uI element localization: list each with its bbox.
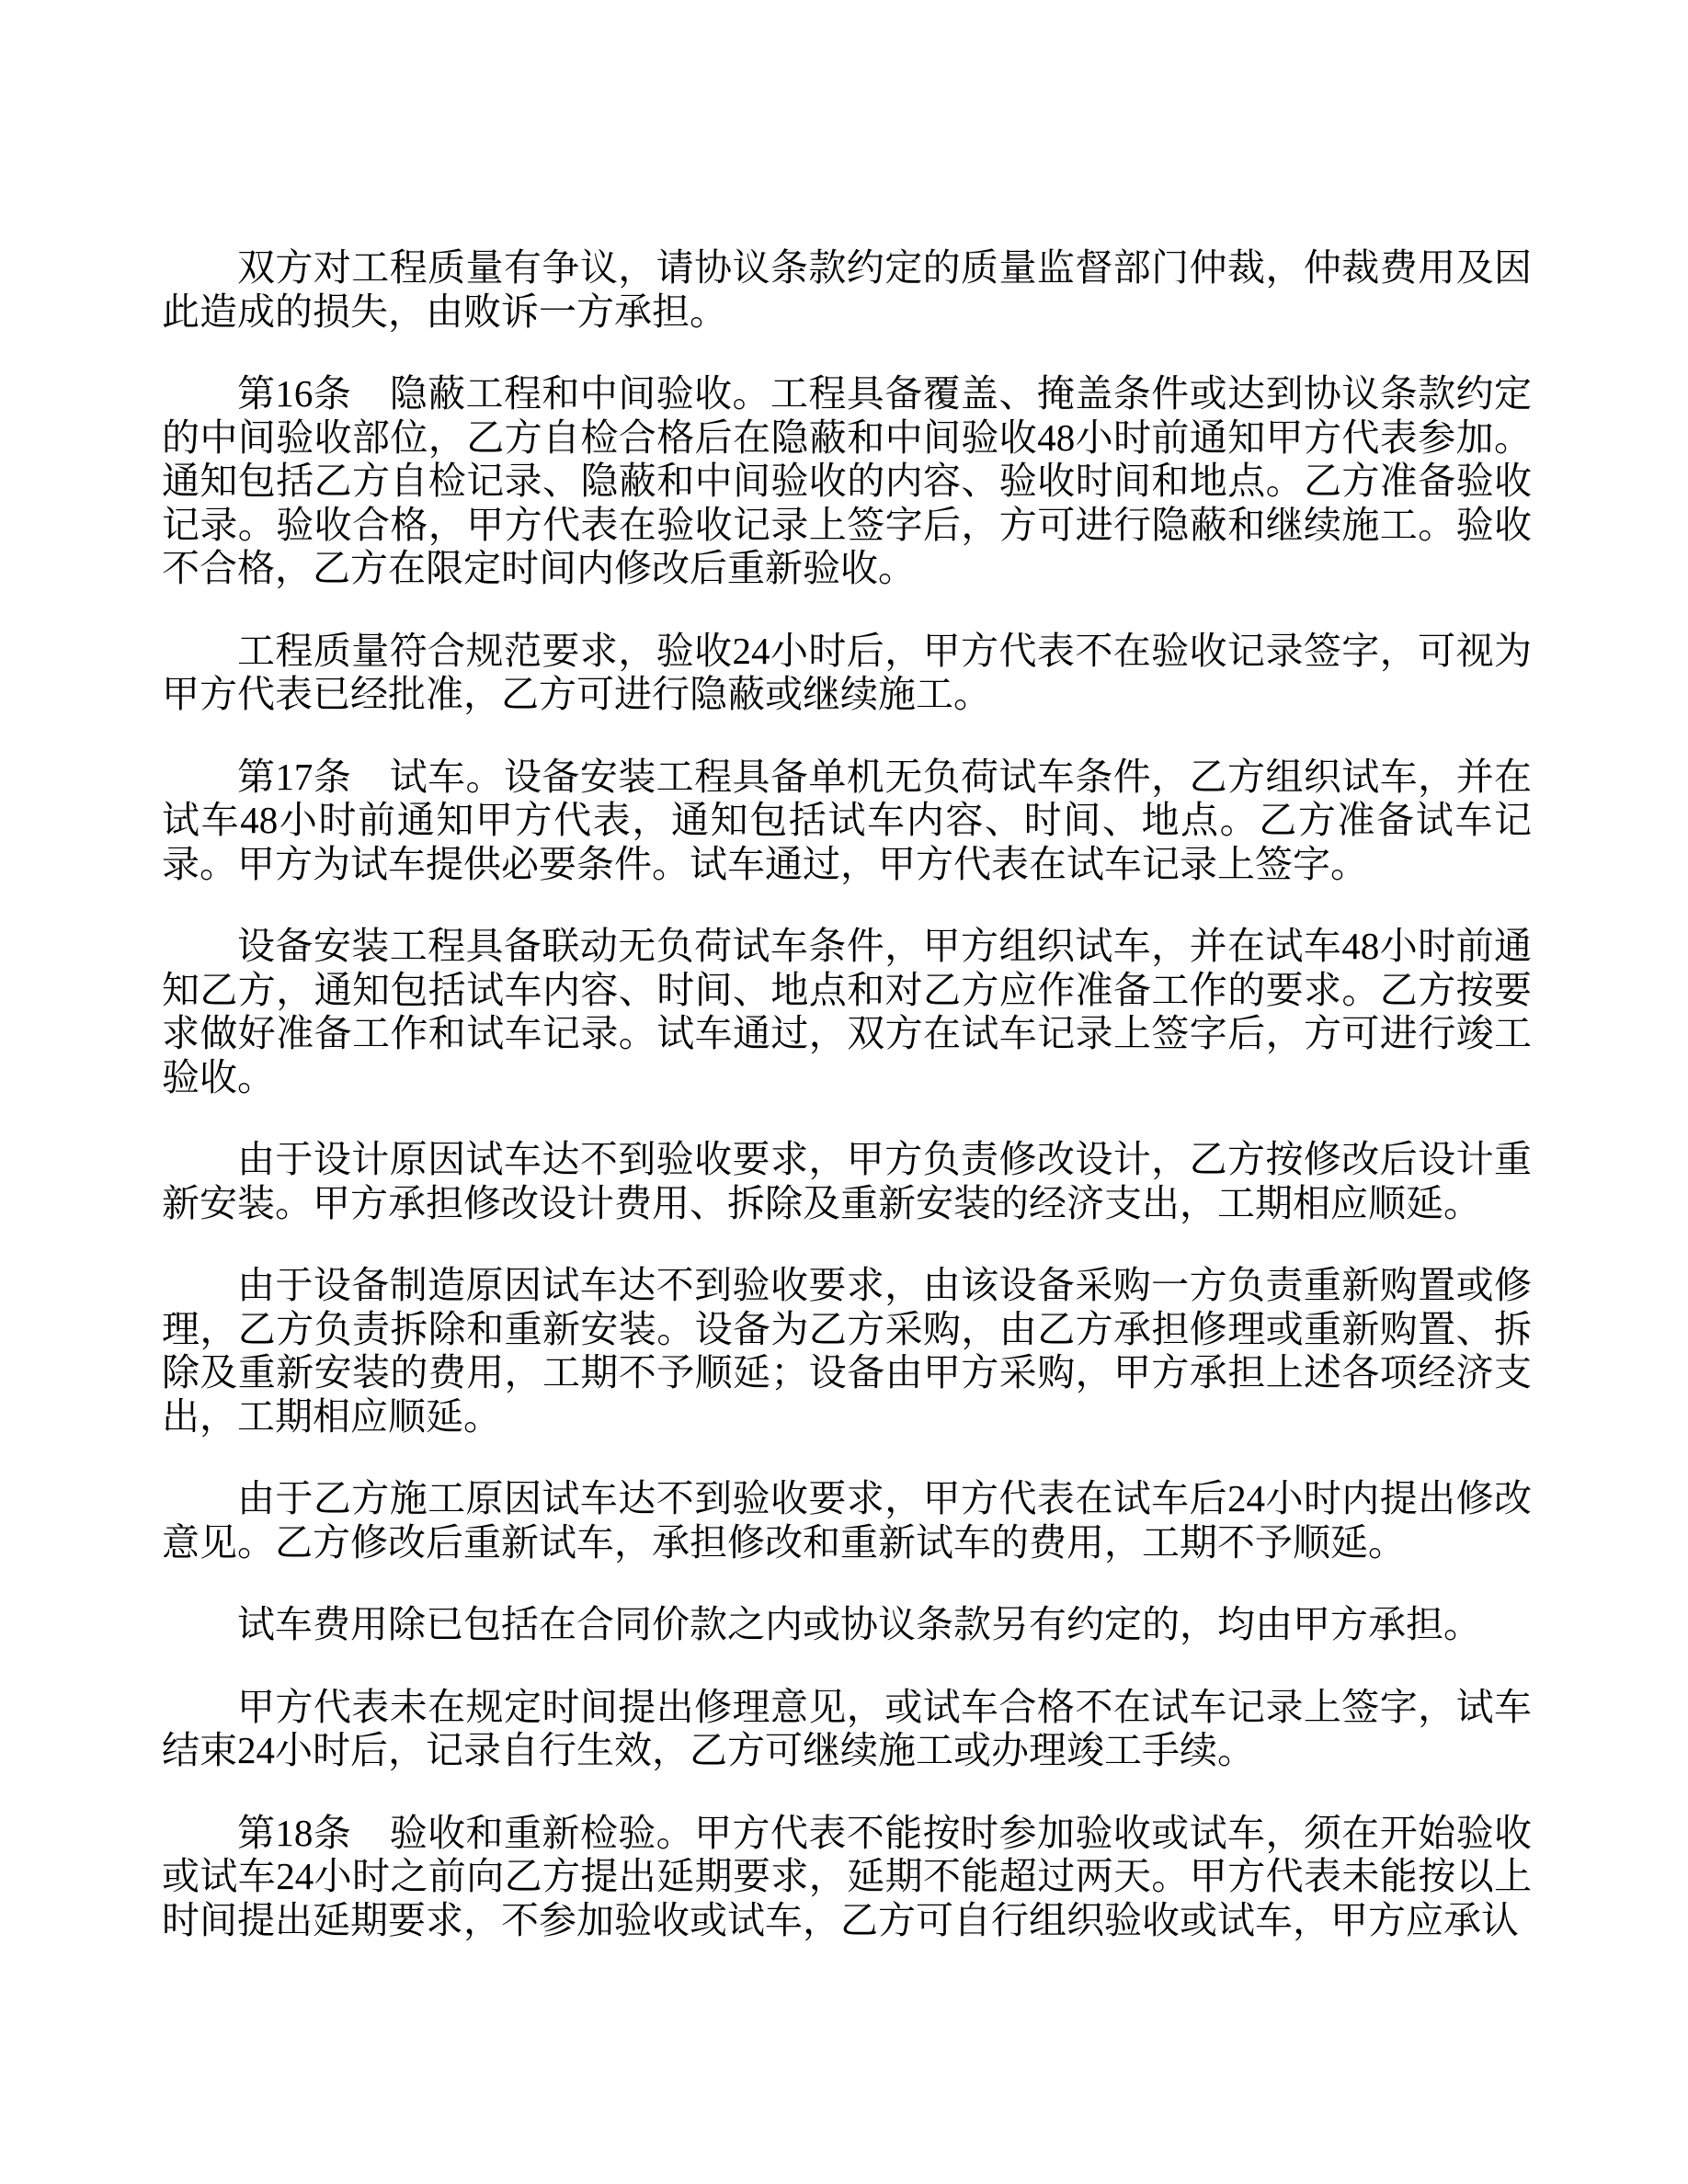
- paragraph-article-17-test-run: 第17条 试车。设备安装工程具备单机无负荷试车条件，乙方组织试车，并在试车48小…: [162, 756, 1532, 887]
- document-page: 双方对工程质量有争议，请协议条款约定的质量监督部门仲裁，仲裁费用及因此造成的损失…: [0, 0, 1688, 2184]
- paragraph-representative-overdue-signature: 甲方代表未在规定时间提出修理意见，或试车合格不在试车记录上签字，试车结束24小时…: [162, 1686, 1532, 1773]
- paragraph-equipment-manufacture-cause-failure: 由于设备制造原因试车达不到验收要求，由该设备采购一方负责重新购置或修理，乙方负责…: [162, 1264, 1532, 1439]
- paragraph-quality-dispute: 双方对工程质量有争议，请协议条款约定的质量监督部门仲裁，仲裁费用及因此造成的损失…: [162, 246, 1532, 334]
- paragraph-article-18-acceptance-reinspection: 第18条 验收和重新检验。甲方代表不能按时参加验收或试车，须在开始验收或试车24…: [162, 1812, 1532, 1943]
- paragraph-contractor-construction-cause-failure: 由于乙方施工原因试车达不到验收要求，甲方代表在试车后24小时内提出修改意见。乙方…: [162, 1477, 1532, 1564]
- paragraph-article-16-hidden-works-acceptance: 第16条 隐蔽工程和中间验收。工程具备覆盖、掩盖条件或达到协议条款约定的中间验收…: [162, 372, 1532, 591]
- paragraph-quality-conformance-24h: 工程质量符合规范要求，验收24小时后，甲方代表不在验收记录签字，可视为甲方代表已…: [162, 630, 1532, 717]
- paragraph-linked-no-load-test-run: 设备安装工程具备联动无负荷试车条件，甲方组织试车，并在试车48小时前通知乙方，通…: [162, 925, 1532, 1099]
- paragraph-test-run-costs: 试车费用除已包括在合同价款之内或协议条款另有约定的，均由甲方承担。: [162, 1603, 1532, 1647]
- paragraph-design-cause-failure: 由于设计原因试车达不到验收要求，甲方负责修改设计，乙方按修改后设计重新安装。甲方…: [162, 1138, 1532, 1225]
- document-body: 双方对工程质量有争议，请协议条款约定的质量监督部门仲裁，仲裁费用及因此造成的损失…: [162, 246, 1532, 1942]
